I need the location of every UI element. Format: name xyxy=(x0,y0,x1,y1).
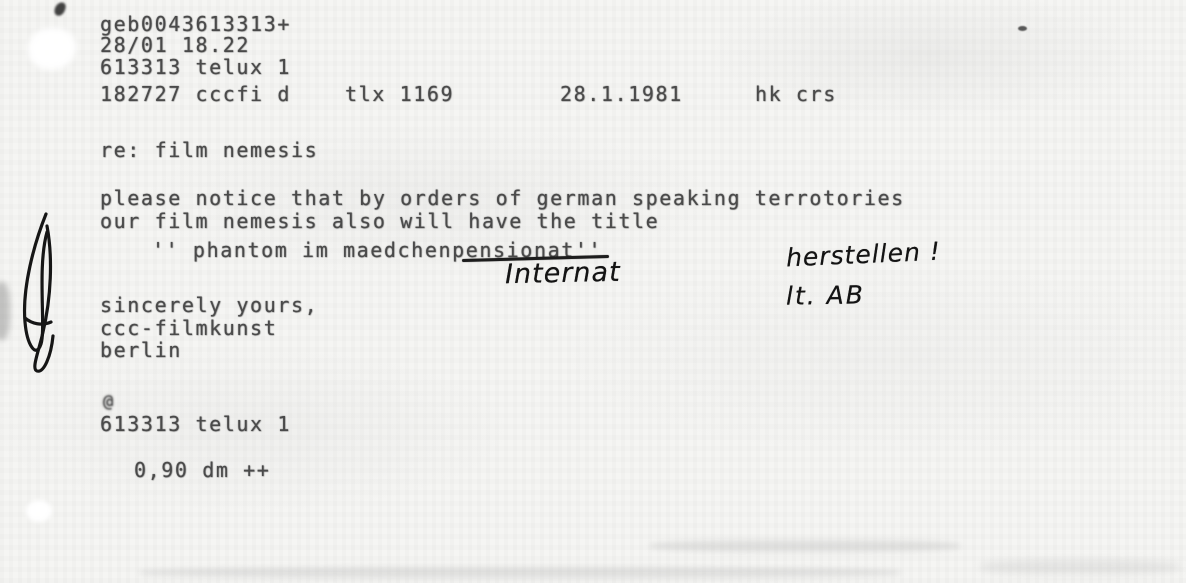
city-line: berlin xyxy=(100,340,182,360)
body-line-2: our film nemesis also will have the titl… xyxy=(100,211,659,231)
telex-caller-id-line: geb0043613313+ xyxy=(100,14,291,34)
scan-streak-bottom-2 xyxy=(140,567,900,578)
sender-telex-number: 182727 cccfi d xyxy=(100,84,291,104)
answerback-confirm-line: 613313 telux 1 xyxy=(100,414,291,434)
telex-date: 28.1.1981 xyxy=(560,84,683,104)
charge-line: 0,90 dm ++ xyxy=(134,460,270,480)
company-line: ccc-filmkunst xyxy=(100,318,277,338)
subject-line: re: film nemesis xyxy=(100,140,318,160)
operator-initials: hk crs xyxy=(755,84,837,104)
paper-spot-bottom-left xyxy=(26,500,52,522)
scan-streak-bottom-1 xyxy=(650,540,960,552)
telex-datetime-line: 28/01 18.22 xyxy=(100,35,250,55)
ink-speck-top-right xyxy=(1018,26,1027,31)
ink-speck-top-left xyxy=(53,1,67,18)
handwritten-correction-internat: Internat xyxy=(505,257,621,290)
scan-shadow-left-edge xyxy=(0,282,10,340)
pen-scribble-mark xyxy=(10,206,64,378)
closing-line: sincerely yours, xyxy=(100,295,318,315)
paper-flare-top-left xyxy=(28,28,76,70)
handwritten-note-herstellen: herstellen ! xyxy=(785,237,941,273)
scan-streak-bottom-3 xyxy=(980,560,1180,574)
tlx-number: tlx 1169 xyxy=(345,84,454,104)
telex-scan-page: geb0043613313+ 28/01 18.22 613313 telux … xyxy=(0,0,1186,583)
stray-print-mark: @ xyxy=(103,392,113,412)
body-line-1: please notice that by orders of german s… xyxy=(100,188,905,208)
handwritten-initials: lt. AB xyxy=(786,280,865,310)
telex-answerback-line: 613313 telux 1 xyxy=(100,57,291,77)
